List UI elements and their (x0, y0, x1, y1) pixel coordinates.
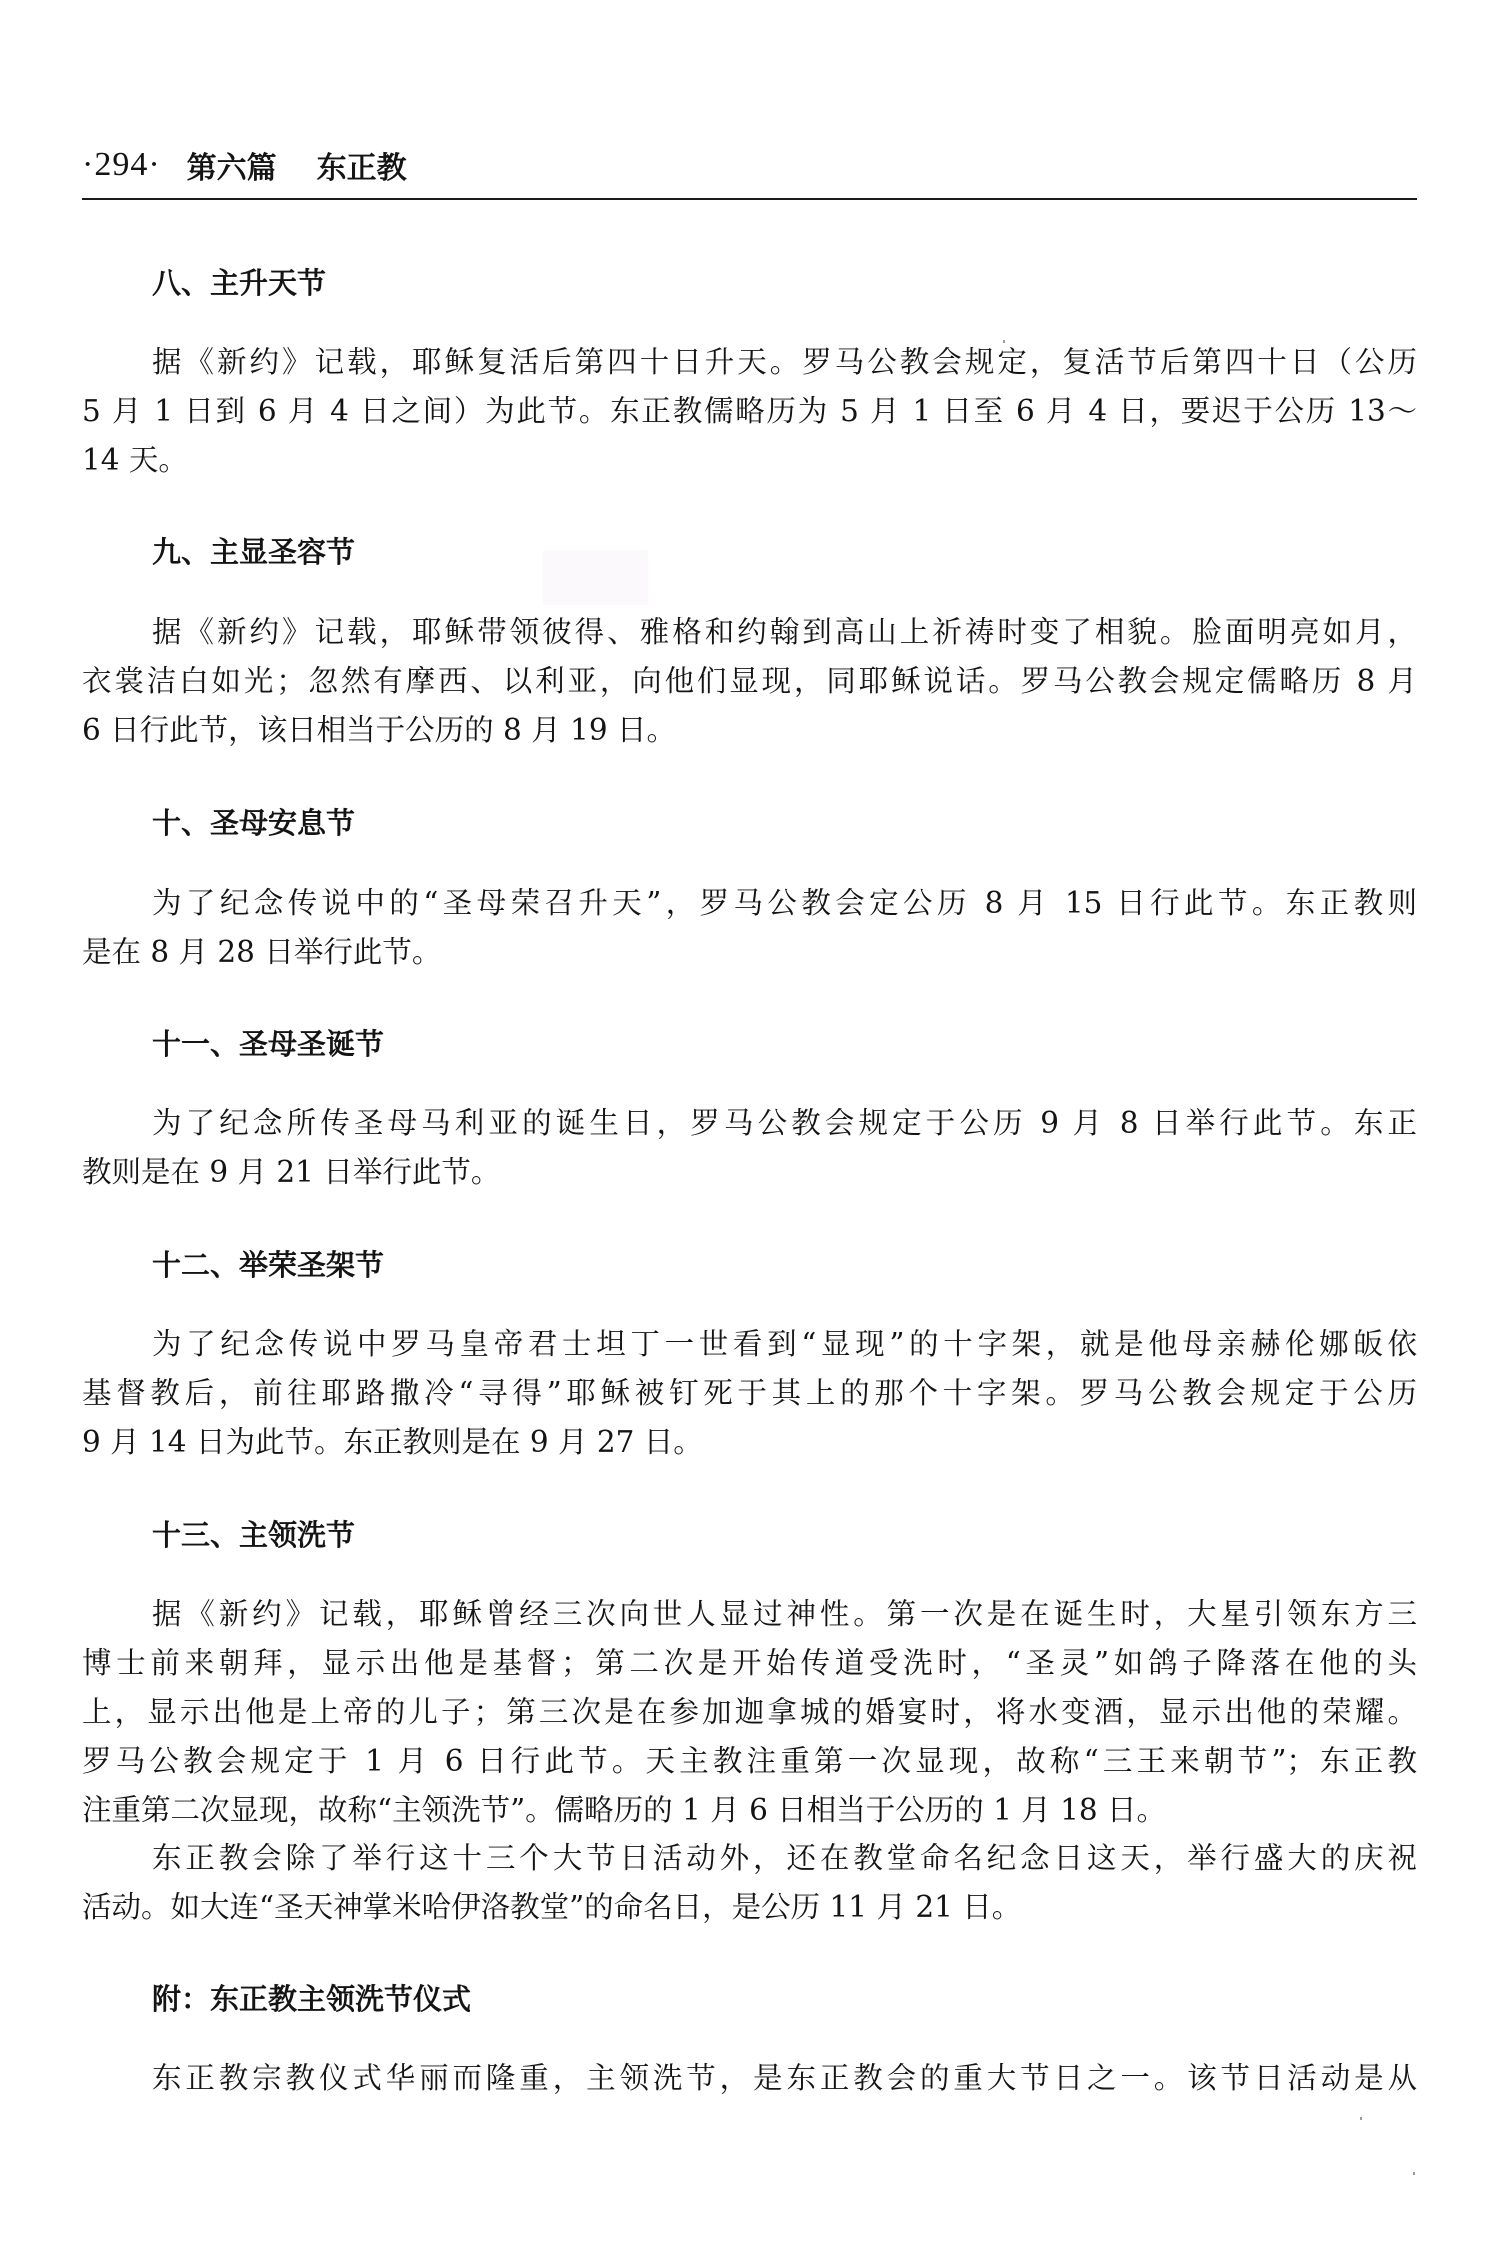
text-line: 为了纪念传说中的“圣母荣召升天”，罗马公教会定公历 8 月 15 日行此节。东正… (152, 883, 1417, 923)
text-line: 活动。如大连“圣天神掌米哈伊洛教堂”的命名日，是公历 11 月 21 日。 (82, 1887, 1417, 1927)
text-line: 教则是在 9 月 21 日举行此节。 (82, 1152, 1417, 1192)
part-title: 第六篇 (187, 143, 277, 187)
section-heading: 十、圣母安息节 (152, 803, 355, 843)
book-page: ·294· 第六篇 东正教 八、主升天节 据《新约》记载，耶稣复活后第四十日升天… (0, 0, 1500, 2241)
text-line: 博士前来朝拜，显示出他是基督；第二次是开始传道受洗时，“圣灵”如鸽子降落在他的头 (82, 1643, 1417, 1683)
text-line: 注重第二次显现，故称“主领洗节”。儒略历的 1 月 6 日相当于公历的 1 月 … (82, 1790, 1417, 1830)
section-heading: 附：东正教主领洗节仪式 (152, 1979, 471, 2019)
section-heading: 九、主显圣容节 (152, 532, 355, 572)
running-header: ·294· 第六篇 东正教 (82, 142, 407, 188)
text-line: 东正教会除了举行这十三个大节日活动外，还在教堂命名纪念日这天，举行盛大的庆祝 (152, 1838, 1417, 1878)
scan-speck (1413, 2172, 1415, 2175)
scan-speck (1360, 2117, 1362, 2120)
scan-artifact (543, 550, 648, 605)
text-line: 据《新约》记载，耶稣复活后第四十日升天。罗马公教会规定，复活节后第四十日（公历 (152, 342, 1417, 382)
section-heading: 十一、圣母圣诞节 (152, 1024, 384, 1064)
text-line: 基督教后，前往耶路撒冷“寻得”耶稣被钉死于其上的那个十字架。罗马公教会规定于公历 (82, 1373, 1417, 1413)
scan-speck (1003, 340, 1005, 343)
text-line: 据《新约》记载，耶稣带领彼得、雅格和约翰到高山上祈祷时变了相貌。脸面明亮如月， (152, 612, 1417, 652)
text-line: 14 天。 (82, 440, 1417, 480)
text-line: 6 日行此节，该日相当于公历的 8 月 19 日。 (82, 710, 1417, 750)
text-line: 为了纪念传说中罗马皇帝君士坦丁一世看到“显现”的十字架，就是他母亲赫伦娜皈依 (152, 1324, 1417, 1364)
text-line: 罗马公教会规定于 1 月 6 日行此节。天主教注重第一次显现，故称“三王来朝节”… (82, 1741, 1417, 1781)
page-number: ·294· (82, 146, 161, 184)
section-heading: 八、主升天节 (152, 263, 326, 303)
text-line: 衣裳洁白如光；忽然有摩西、以利亚，向他们显现，同耶稣说话。罗马公教会规定儒略历 … (82, 661, 1417, 701)
text-line: 是在 8 月 28 日举行此节。 (82, 932, 1417, 972)
text-line: 为了纪念所传圣母马利亚的诞生日，罗马公教会规定于公历 9 月 8 日举行此节。东… (152, 1103, 1417, 1143)
text-line: 9 月 14 日为此节。东正教则是在 9 月 27 日。 (82, 1422, 1417, 1462)
section-heading: 十三、主领洗节 (152, 1515, 355, 1555)
chapter-title: 东正教 (317, 143, 407, 187)
text-line: 东正教宗教仪式华丽而隆重，主领洗节，是东正教会的重大节日之一。该节日活动是从 (152, 2058, 1417, 2098)
text-line: 上，显示出他是上帝的儿子；第三次是在参加迦拿城的婚宴时，将水变酒，显示出他的荣耀… (82, 1692, 1417, 1732)
text-line: 5 月 1 日到 6 月 4 日之间）为此节。东正教儒略历为 5 月 1 日至 … (82, 391, 1417, 431)
section-heading: 十二、举荣圣架节 (152, 1245, 384, 1285)
text-line: 据《新约》记载，耶稣曾经三次向世人显过神性。第一次是在诞生时，大星引领东方三 (152, 1594, 1417, 1634)
header-rule (82, 198, 1417, 200)
